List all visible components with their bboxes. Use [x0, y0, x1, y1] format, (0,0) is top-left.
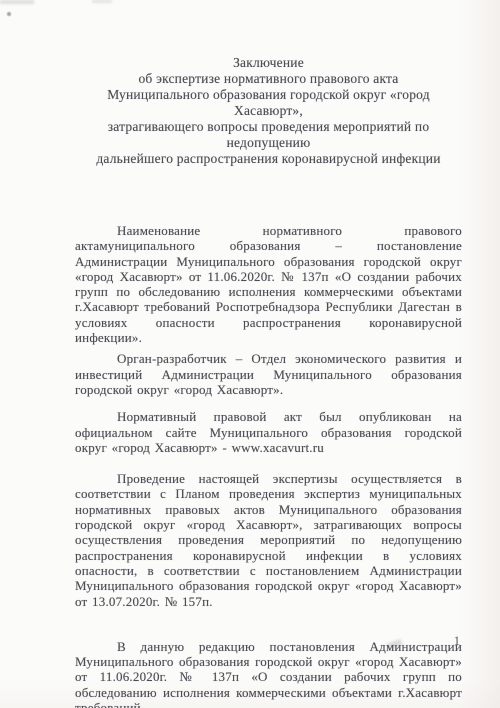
title-line: дальнейшего распространения коронавирусн… — [75, 151, 462, 167]
title-line: затрагивающего вопросы проведения меропр… — [75, 119, 462, 151]
title-line: об экспертизе нормативного правового акт… — [75, 71, 462, 87]
paragraph-expertise-plan: Проведение настоящей экспертизы осуществ… — [75, 471, 462, 609]
doc-title: Заключение об экспертизе нормативного пр… — [75, 55, 462, 167]
page-number: 1 — [454, 634, 460, 649]
paragraph-publication: Нормативный правовой акт был опубликован… — [75, 409, 462, 455]
document-body: Заключение об экспертизе нормативного пр… — [0, 0, 500, 708]
paragraph-current-edition: В данную редакцию постановления Админист… — [75, 639, 462, 708]
document-page: Заключение об экспертизе нормативного пр… — [0, 0, 500, 708]
title-line: Заключение — [75, 55, 462, 71]
paragraph-act-name: Наименование нормативного правового акта… — [75, 223, 462, 345]
title-line: Муниципального образования городской окр… — [75, 87, 462, 119]
paragraph-developer: Орган-разработчик – Отдел экономического… — [75, 351, 462, 397]
